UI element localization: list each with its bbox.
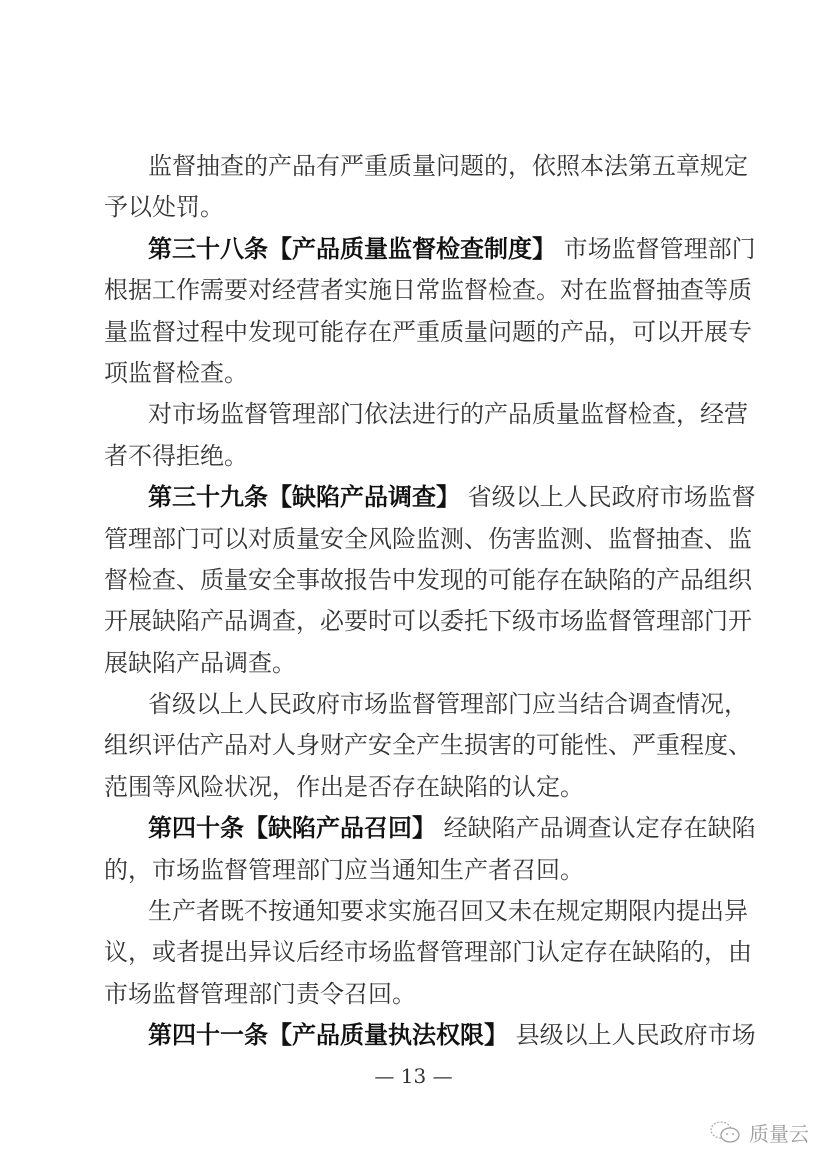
- text-line: 对市场监督管理部门依法进行的产品质量监督检查，经营: [104, 394, 720, 435]
- line-text: 市场监督管理部门责令召回。: [104, 980, 416, 1008]
- text-line: 组织评估产品对人身财产安全产生损害的可能性、严重程度、: [104, 725, 720, 766]
- text-line: 督检查、质量安全事故报告中发现的可能存在缺陷的产品组织: [104, 560, 720, 601]
- line-text: 组织评估产品对人身财产安全产生损害的可能性、严重程度、: [104, 731, 752, 759]
- text-line: 展缺陷产品调查。: [104, 643, 720, 684]
- article-heading: 第三十九条【缺陷产品调查】: [148, 483, 460, 511]
- article-line: 第三十九条【缺陷产品调查】 省级以上人民政府市场监督: [104, 477, 720, 518]
- line-text: 的，市场监督管理部门应当通知生产者召回。: [104, 856, 584, 884]
- page-number: — 13 —: [0, 1064, 827, 1088]
- document-body: 监督抽查的产品有严重质量问题的，依照本法第五章规定予以处罚。第三十八条【产品质量…: [104, 146, 720, 1057]
- text-line: 根据工作需要对经营者实施日常监督检查。对在监督抽查等质: [104, 270, 720, 311]
- text-line: 量监督过程中发现可能存在严重质量问题的产品，可以开展专: [104, 312, 720, 353]
- line-text: 县级以上人民政府市场: [508, 1021, 756, 1049]
- wechat-icon: [709, 1120, 743, 1146]
- article-line: 第四十条【缺陷产品召回】 经缺陷产品调查认定存在缺陷: [104, 808, 720, 849]
- article-line: 第四十一条【产品质量执法权限】 县级以上人民政府市场: [104, 1015, 720, 1056]
- line-text: 予以处罚。: [104, 193, 224, 221]
- line-text: 对市场监督管理部门依法进行的产品质量监督检查，经营: [148, 400, 748, 428]
- text-line: 予以处罚。: [104, 187, 720, 228]
- line-text: 范围等风险状况，作出是否存在缺陷的认定。: [104, 773, 584, 801]
- line-text: 监督抽查的产品有严重质量问题的，依照本法第五章规定: [148, 152, 748, 180]
- article-heading: 第四十条【缺陷产品召回】: [148, 814, 436, 842]
- line-text: 展缺陷产品调查。: [104, 649, 296, 677]
- line-text: 省级以上人民政府市场监督: [460, 483, 756, 511]
- text-line: 省级以上人民政府市场监督管理部门应当结合调查情况，: [104, 684, 720, 725]
- line-text: 者不得拒绝。: [104, 442, 248, 470]
- text-line: 市场监督管理部门责令召回。: [104, 974, 720, 1015]
- article-heading: 第三十八条【产品质量监督检查制度】: [148, 235, 556, 263]
- text-line: 项监督检查。: [104, 353, 720, 394]
- line-text: 省级以上人民政府市场监督管理部门应当结合调查情况，: [148, 690, 748, 718]
- line-text: 开展缺陷产品调查，必要时可以委托下级市场监督管理部门开: [104, 607, 752, 635]
- text-line: 议，或者提出异议后经市场监督管理部门认定存在缺陷的，由: [104, 932, 720, 973]
- line-text: 生产者既不按通知要求实施召回又未在规定期限内提出异: [148, 897, 748, 925]
- text-line: 开展缺陷产品调查，必要时可以委托下级市场监督管理部门开: [104, 601, 720, 642]
- line-text: 经缺陷产品调查认定存在缺陷: [436, 814, 756, 842]
- text-line: 生产者既不按通知要求实施召回又未在规定期限内提出异: [104, 891, 720, 932]
- text-line: 监督抽查的产品有严重质量问题的，依照本法第五章规定: [104, 146, 720, 187]
- watermark: 质量云: [709, 1118, 809, 1147]
- line-text: 督检查、质量安全事故报告中发现的可能存在缺陷的产品组织: [104, 566, 752, 594]
- text-line: 者不得拒绝。: [104, 436, 720, 477]
- watermark-label: 质量云: [749, 1118, 809, 1147]
- text-line: 管理部门可以对质量安全风险监测、伤害监测、监督抽查、监: [104, 519, 720, 560]
- line-text: 项监督检查。: [104, 359, 248, 387]
- text-line: 的，市场监督管理部门应当通知生产者召回。: [104, 850, 720, 891]
- line-text: 议，或者提出异议后经市场监督管理部门认定存在缺陷的，由: [104, 938, 752, 966]
- article-heading: 第四十一条【产品质量执法权限】: [148, 1021, 508, 1049]
- line-text: 市场监督管理部门: [556, 235, 756, 263]
- line-text: 量监督过程中发现可能存在严重质量问题的产品，可以开展专: [104, 318, 752, 346]
- line-text: 根据工作需要对经营者实施日常监督检查。对在监督抽查等质: [104, 276, 752, 304]
- line-text: 管理部门可以对质量安全风险监测、伤害监测、监督抽查、监: [104, 525, 752, 553]
- text-line: 范围等风险状况，作出是否存在缺陷的认定。: [104, 767, 720, 808]
- article-line: 第三十八条【产品质量监督检查制度】 市场监督管理部门: [104, 229, 720, 270]
